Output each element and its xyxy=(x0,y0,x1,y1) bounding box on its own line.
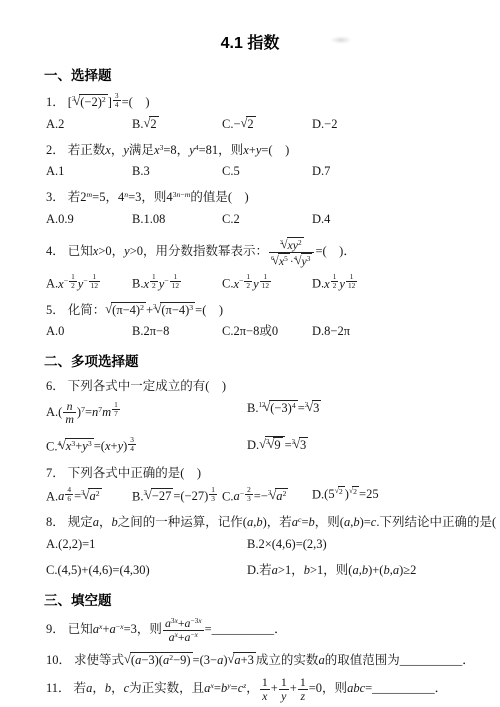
question-text: 若a，b，c为正实数，且ax=by=cz，1x+1y+1z=0，则abc=___… xyxy=(74,681,448,695)
option-text: 3 xyxy=(143,164,149,178)
options-row: A.(nm)7=n7m17B.12√(−3)4=3√3 xyxy=(46,400,486,427)
option: A.0.9 xyxy=(46,211,132,227)
question-text: 求使等式√(a−3)(a2−9)=(3−a)√a+3成立的实数a的取值范围为__… xyxy=(74,653,475,667)
radical: √a+3 xyxy=(227,652,255,668)
option-label: D. xyxy=(312,164,324,178)
fraction: 13 xyxy=(209,486,217,502)
option-label: B. xyxy=(132,489,143,503)
option-text: −√2 xyxy=(233,117,255,131)
option: C.4√x3+y3=(x+y)34 xyxy=(46,436,247,455)
options-row: A.x−12y−112B.x12y−112C.x−12y112D.x12y112 xyxy=(46,273,486,292)
option-text: a−23=−3√a2 xyxy=(233,489,288,503)
option-text: x−12y−112 xyxy=(58,277,101,291)
option: A.0 xyxy=(46,323,132,339)
fraction: 23 xyxy=(245,486,253,502)
option: D.√3√9=3√3 xyxy=(247,436,486,455)
option-text: x−12y112 xyxy=(233,277,272,291)
options-row: A.(2,2)=1B.2×(4,6)=(2,3) xyxy=(46,536,486,552)
option: D.(5√2)√2=25 xyxy=(312,486,486,505)
question-line: 9．已知ax+a−x=3，则a3x+a−3xax+a−x=__________． xyxy=(46,617,486,644)
option: C.−√2 xyxy=(222,116,312,132)
question-number: 4． xyxy=(46,244,65,258)
option-label: A. xyxy=(46,117,58,131)
option-text: 7 xyxy=(324,164,330,178)
option: D.8−2π xyxy=(312,323,486,339)
option-text: a46=3√a2 xyxy=(58,489,101,503)
fraction: 1y xyxy=(279,676,289,703)
option-text: 12√(−3)4=3√3 xyxy=(258,401,321,415)
option-label: B. xyxy=(132,212,143,226)
question: 7．下列各式中正确的是( )A.a46=3√a2B.3√−27=(−27)13C… xyxy=(46,465,486,505)
options-row: C.4√x3+y3=(x+y)34D.√3√9=3√3 xyxy=(46,436,486,455)
question: 11．若a，b，c为正实数，且ax=by=cz，1x+1y+1z=0，则abc=… xyxy=(46,676,486,703)
option-text: 0 xyxy=(58,324,64,338)
question: 10．求使等式√(a−3)(a2−9)=(3−a)√a+3成立的实数a的取值范围… xyxy=(46,652,486,668)
option-label: C. xyxy=(222,277,233,291)
option-label: C. xyxy=(222,164,233,178)
option: B.√2 xyxy=(132,116,222,132)
question-number: 1． xyxy=(46,95,65,109)
document-body: 4.1 指数 一、选择题1．[3√(−2)2]34=( )A.2B.√2C.−√… xyxy=(0,0,500,703)
option-label: D. xyxy=(312,487,324,501)
option-text: (5√2)√2=25 xyxy=(324,487,378,501)
question-line: 2．若正数x，y满足x3=8，y4=81，则x+y=( ) xyxy=(46,142,486,158)
fraction: 112 xyxy=(170,273,181,289)
question: 8．规定a，b之间的一种运算，记作(a,b)，若ac=b，则(a,b)=c.下列… xyxy=(46,514,486,578)
radical: 3√9 xyxy=(266,437,283,453)
question-line: 10．求使等式√(a−3)(a2−9)=(3−a)√a+3成立的实数a的取值范围… xyxy=(46,652,486,668)
section-heading: 一、选择题 xyxy=(44,64,486,84)
option-text: 2 xyxy=(233,212,239,226)
radical: √2 xyxy=(143,116,158,132)
option: D.x12y112 xyxy=(312,273,486,292)
option: D.7 xyxy=(312,163,486,179)
option-text: 若a>1，b>1，则(a,b)+(b,a)≥2 xyxy=(259,563,416,577)
option: C.x−12y112 xyxy=(222,273,312,292)
fraction: 1z xyxy=(298,676,308,703)
option-text: 4√x3+y3=(x+y)34 xyxy=(57,439,137,453)
question: 9．已知ax+a−x=3，则a3x+a−3xax+a−x=__________． xyxy=(46,617,486,644)
options-row: A.a46=3√a2B.3√−27=(−27)13C.a−23=−3√a2D.(… xyxy=(46,486,486,505)
fraction: 34 xyxy=(113,92,121,108)
option: C.2 xyxy=(222,211,312,227)
option: A.a46=3√a2 xyxy=(46,486,132,505)
option-label: D. xyxy=(247,563,259,577)
radical: √2 xyxy=(335,486,345,496)
fraction: 112 xyxy=(89,273,100,289)
radical: √3√9 xyxy=(259,436,284,453)
fraction: nm xyxy=(63,400,76,427)
option: C.a−23=−3√a2 xyxy=(222,486,312,505)
option: A.2 xyxy=(46,116,132,132)
option: B.3√−27=(−27)13 xyxy=(132,486,222,505)
option-label: A. xyxy=(46,277,58,291)
question: 5．化简：√(π−4)2+3√(π−4)3=( )A.0B.2π−8C.2π−8… xyxy=(46,302,486,340)
question: 6．下列各式中一定成立的有( )A.(nm)7=n7m17B.12√(−3)4=… xyxy=(46,378,486,454)
radical: 3√xy2 xyxy=(280,237,304,252)
option-text: 2π−8或0 xyxy=(233,324,278,338)
option-text: (nm)7=n7m17 xyxy=(58,405,121,419)
option-text: 1.08 xyxy=(143,212,165,226)
radical: 3√(−2)2 xyxy=(72,94,108,110)
option: B.12√(−3)4=3√3 xyxy=(247,400,486,427)
option: A.1 xyxy=(46,163,132,179)
options-row: C.(4,5)+(4,6)=(4,30)D.若a>1，b>1，则(a,b)+(b… xyxy=(46,562,486,578)
option: B.1.08 xyxy=(132,211,222,227)
option: A.x−12y−112 xyxy=(46,273,132,292)
fraction: 12 xyxy=(150,273,158,289)
option-text: 2π−8 xyxy=(143,324,169,338)
option-label: B. xyxy=(132,164,143,178)
option-label: D. xyxy=(247,438,259,452)
option-text: √2 xyxy=(143,117,158,131)
options-row: A.1B.3C.5D.7 xyxy=(46,163,486,179)
fraction: 12 xyxy=(244,273,252,289)
option-text: 0.9 xyxy=(58,212,74,226)
scan-artifact xyxy=(330,36,352,44)
option-label: A. xyxy=(46,164,58,178)
question-line: 5．化简：√(π−4)2+3√(π−4)3=( ) xyxy=(46,302,486,318)
option-text: 2×(4,6)=(2,3) xyxy=(258,537,326,551)
option: D.4 xyxy=(312,211,486,227)
option-label: D. xyxy=(312,277,324,291)
section-heading: 三、填空题 xyxy=(44,589,486,609)
question-text: 已知ax+a−x=3，则a3x+a−3xax+a−x=__________． xyxy=(68,622,287,636)
question-line: 8．规定a，b之间的一种运算，记作(a,b)，若ac=b，则(a,b)=c.下列… xyxy=(46,514,486,530)
fraction: 3√xy26√x5·4√y3 xyxy=(269,237,314,269)
option-text: 4 xyxy=(324,212,330,226)
fraction: 12 xyxy=(69,273,77,289)
question-text: [3√(−2)2]34=( ) xyxy=(68,95,150,109)
option-label: B. xyxy=(132,277,143,291)
question-number: 10． xyxy=(46,653,71,667)
question-number: 9． xyxy=(46,622,65,636)
worksheet-page: 4.1 指数 一、选择题1．[3√(−2)2]34=( )A.2B.√2C.−√… xyxy=(0,0,500,703)
radical: 3√3 xyxy=(292,437,309,453)
radical: 3√a2 xyxy=(81,488,101,504)
question-line: 11．若a，b，c为正实数，且ax=by=cz，1x+1y+1z=0，则abc=… xyxy=(46,676,486,703)
radical: 3√(π−4)3 xyxy=(153,302,195,318)
fraction: 34 xyxy=(128,436,136,452)
option: B.x12y−112 xyxy=(132,273,222,292)
option: A.(2,2)=1 xyxy=(46,536,247,552)
option-label: A. xyxy=(46,324,58,338)
option-text: 1 xyxy=(58,164,64,178)
question: 1．[3√(−2)2]34=( )A.2B.√2C.−√2D.−2 xyxy=(46,92,486,132)
option: B.2×(4,6)=(2,3) xyxy=(247,536,486,552)
option-label: C. xyxy=(222,489,233,503)
option-label: B. xyxy=(247,537,258,551)
option: B.3 xyxy=(132,163,222,179)
section-heading: 二、多项选择题 xyxy=(44,350,486,370)
radical: √(π−4)2 xyxy=(105,302,146,318)
question-line: 7．下列各式中正确的是( ) xyxy=(46,465,486,481)
option-text: −2 xyxy=(324,117,337,131)
option-text: 3√−27=(−27)13 xyxy=(143,489,218,503)
option-label: A. xyxy=(46,537,58,551)
question-number: 2． xyxy=(46,143,65,157)
question-number: 6． xyxy=(46,379,65,393)
radical: 12√(−3)4 xyxy=(258,400,297,416)
fraction: 112 xyxy=(260,273,271,289)
question: 2．若正数x，y满足x3=8，y4=81，则x+y=( )A.1B.3C.5D.… xyxy=(46,142,486,180)
radical: 6√x5 xyxy=(271,253,290,268)
option: B.2π−8 xyxy=(132,323,222,339)
question-number: 8． xyxy=(46,515,65,529)
option-label: A. xyxy=(46,489,58,503)
option-label: C. xyxy=(46,563,57,577)
option-label: C. xyxy=(46,439,57,453)
option-label: B. xyxy=(132,324,143,338)
content: 一、选择题1．[3√(−2)2]34=( )A.2B.√2C.−√2D.−22．… xyxy=(46,64,486,703)
question-number: 3． xyxy=(46,190,65,204)
option-text: √3√9=3√3 xyxy=(259,438,308,452)
radical: 4√y3 xyxy=(294,253,313,268)
question-line: 4．已知x>0，y>0，用分数指数幂表示：3√xy26√x5·4√y3=( )． xyxy=(46,237,486,269)
question: 4．已知x>0，y>0，用分数指数幂表示：3√xy26√x5·4√y3=( )．… xyxy=(46,237,486,292)
question-text: 下列各式中正确的是( ) xyxy=(68,466,201,480)
option-label: D. xyxy=(312,324,324,338)
fraction: 46 xyxy=(65,486,73,502)
question-number: 7． xyxy=(46,466,65,480)
option-text: 2 xyxy=(58,117,64,131)
fraction: 17 xyxy=(112,401,120,417)
radical: 3√−27 xyxy=(143,488,173,504)
option: A.(nm)7=n7m17 xyxy=(46,400,247,427)
radical: √2 xyxy=(241,116,256,132)
radical: 4√x3+y3 xyxy=(57,438,93,454)
radical: √(a−3)(a2−9) xyxy=(124,652,193,668)
question-text: 若2m=5，4n=3，则43n−m的值是( ) xyxy=(68,190,249,204)
question-text: 下列各式中一定成立的有( ) xyxy=(68,379,226,393)
option: C.5 xyxy=(222,163,312,179)
question-number: 11． xyxy=(46,681,71,695)
option-text: 8−2π xyxy=(324,324,350,338)
option-text: 5 xyxy=(233,164,239,178)
fraction: 1x xyxy=(260,676,270,703)
worksheet-title: 4.1 指数 xyxy=(0,30,500,53)
option-label: C. xyxy=(222,324,233,338)
option-text: (4,5)+(4,6)=(4,30) xyxy=(57,563,149,577)
radical: 3√a2 xyxy=(268,488,288,504)
radical: 3√3 xyxy=(305,400,322,416)
question-text: 规定a，b之间的一种运算，记作(a,b)，若ac=b，则(a,b)=c.下列结论… xyxy=(68,515,500,529)
question: 3．若2m=5，4n=3，则43n−m的值是( )A.0.9B.1.08C.2D… xyxy=(46,189,486,227)
option-label: C. xyxy=(222,212,233,226)
option-text: x12y112 xyxy=(324,277,358,291)
option-label: D. xyxy=(312,212,324,226)
option: C.(4,5)+(4,6)=(4,30) xyxy=(46,562,247,578)
question-line: 1．[3√(−2)2]34=( ) xyxy=(46,92,486,111)
option-label: C. xyxy=(222,117,233,131)
question-number: 5． xyxy=(46,303,65,317)
option-label: B. xyxy=(247,401,258,415)
options-row: A.2B.√2C.−√2D.−2 xyxy=(46,116,486,132)
question-text: 若正数x，y满足x3=8，y4=81，则x+y=( ) xyxy=(68,143,289,157)
option-text: x12y−112 xyxy=(143,277,182,291)
question-line: 3．若2m=5，4n=3，则43n−m的值是( ) xyxy=(46,189,486,205)
option: D.若a>1，b>1，则(a,b)+(b,a)≥2 xyxy=(247,562,486,578)
radical: √2 xyxy=(349,486,359,496)
question-text: 已知x>0，y>0，用分数指数幂表示：3√xy26√x5·4√y3=( )． xyxy=(68,244,356,258)
option-label: B. xyxy=(132,117,143,131)
fraction: 12 xyxy=(331,273,339,289)
options-row: A.0.9B.1.08C.2D.4 xyxy=(46,211,486,227)
option-label: D. xyxy=(312,117,324,131)
option: D.−2 xyxy=(312,116,486,132)
option: C.2π−8或0 xyxy=(222,323,312,339)
question-text: 化简：√(π−4)2+3√(π−4)3=( ) xyxy=(68,303,223,317)
option-text: (2,2)=1 xyxy=(58,537,95,551)
fraction: 112 xyxy=(346,273,357,289)
fraction: a3x+a−3xax+a−x xyxy=(163,617,204,644)
option-label: A. xyxy=(46,212,58,226)
question-line: 6．下列各式中一定成立的有( ) xyxy=(46,378,486,394)
options-row: A.0B.2π−8C.2π−8或0D.8−2π xyxy=(46,323,486,339)
option-label: A. xyxy=(46,405,58,419)
